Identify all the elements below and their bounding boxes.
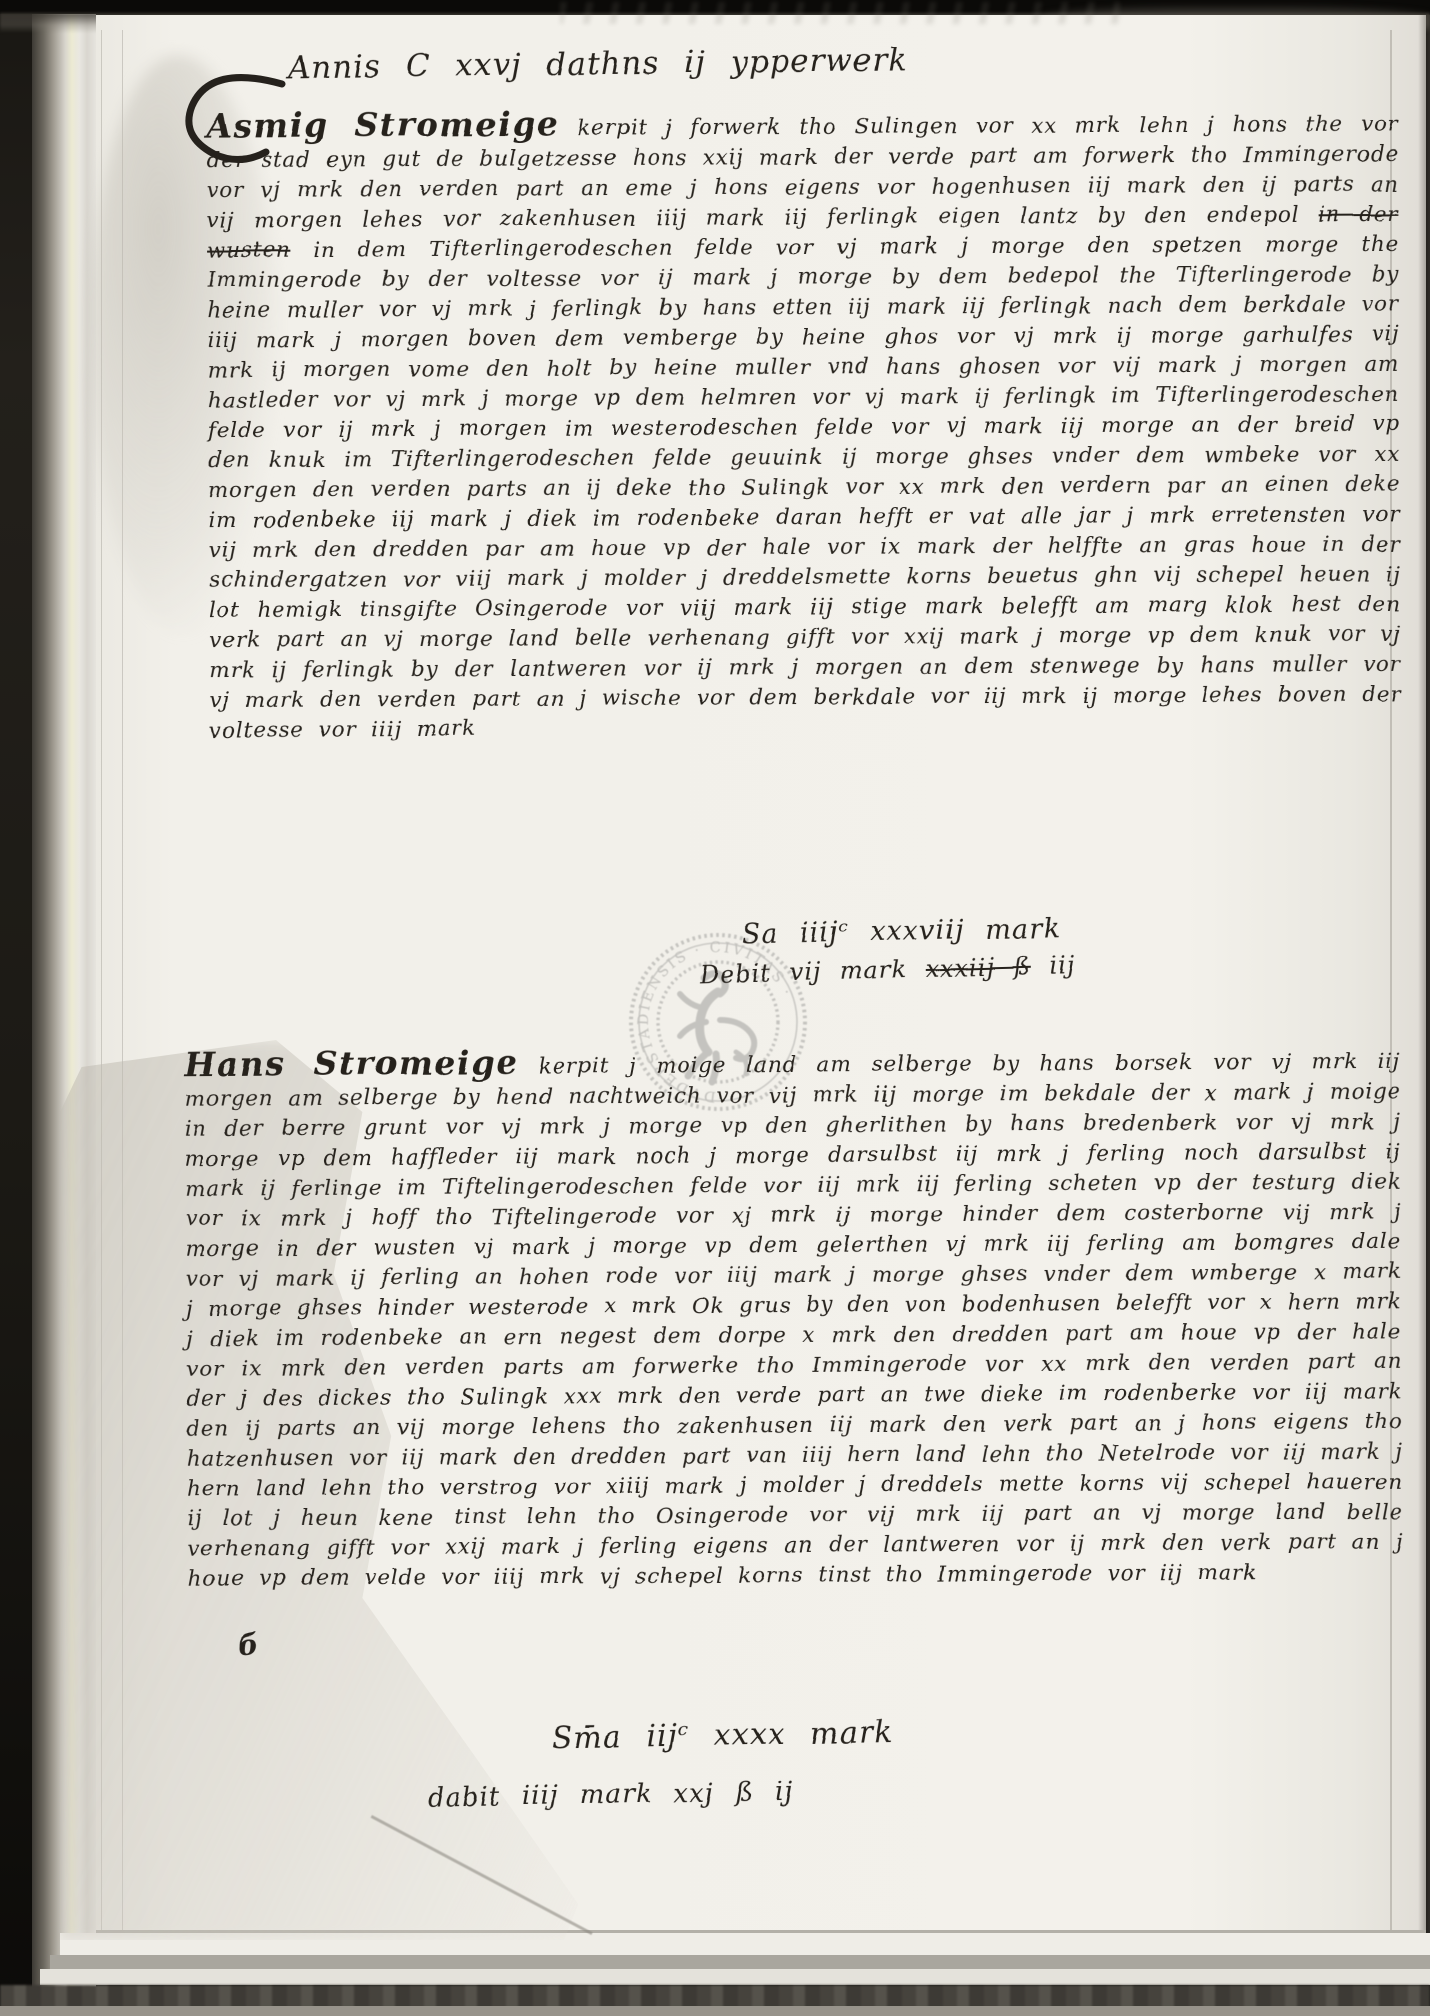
margin-letter-mark: б [236, 1627, 260, 1662]
bleed-through-marks [560, 2, 1120, 24]
summa-label: Sm̄a [552, 1720, 622, 1756]
entry2-debit-line: dabit iiij mark xxj ß ij [428, 1777, 794, 1813]
entry2-text: kerpit j moige land am selberge by hans … [185, 1049, 1404, 1591]
page-stack-bottom [60, 1933, 1430, 1955]
ledger-entry-1: Asmig Stromeige kerpit j forwerk tho Sul… [206, 105, 1401, 746]
entry2-summa-line: Sm̄a iijᶜ xxxx mark [552, 1715, 894, 1756]
page-stack-left [32, 0, 96, 2016]
manuscript-scan: DVDERSTADIENSIS · CIVITAS · Annis C xxvj… [0, 0, 1430, 2016]
entry1-summa-line: Sa iiijᶜ xxxviij mark [742, 913, 1061, 950]
entry2-person-name: Hans Stromeige [184, 1043, 518, 1084]
debit-text: Debit vij mark [700, 955, 926, 989]
debit-text: iij [1030, 951, 1075, 980]
summa-amount: iijᶜ xxxx mark [646, 1715, 893, 1754]
entry1-text: in dem Tifterlingerodeschen felde vor vj… [207, 232, 1401, 743]
scan-bottom-strip [0, 2006, 1430, 2016]
debit-struck-amount: xxxiij ß [925, 952, 1031, 983]
page-stack-bottom [40, 1969, 1430, 1985]
summa-amount: iiijᶜ xxxviij mark [800, 913, 1061, 949]
page-stack-bottom [50, 1955, 1430, 1969]
page-right-shadow [1418, 15, 1430, 1933]
gutter-crease [101, 30, 102, 1930]
entry1-person-name: Asmig Stromeige [206, 104, 559, 145]
ledger-entry-2: Hans Stromeige kerpit j moige land am se… [184, 1042, 1403, 1594]
book-binding-edge [0, 0, 32, 2016]
book-bottom-edge [0, 1985, 1430, 2008]
gutter-crease [122, 30, 123, 1930]
summa-label: Sa [742, 918, 779, 950]
